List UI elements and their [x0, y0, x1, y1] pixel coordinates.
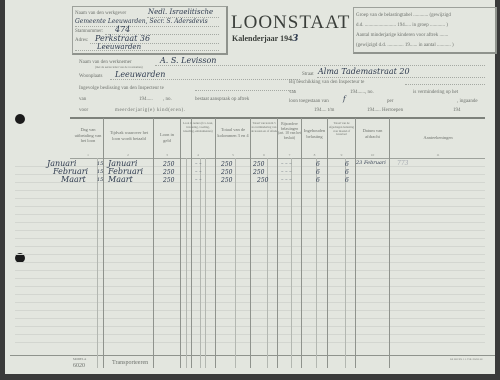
calendar-year-label: Kalenderjaar 194	[232, 34, 292, 43]
inspecteur-right-2-a: van	[289, 90, 296, 95]
transporteeren-label: Transporteeren	[112, 360, 148, 366]
inspecteur-right-3-a: loon toegestaan van	[289, 99, 329, 104]
punch-hole-top	[15, 114, 25, 124]
col-header-8: Ingehouden belasting	[302, 128, 327, 139]
employee-name-value: A. S. Levisson	[160, 57, 216, 65]
calendar-year-hand: 3	[292, 34, 298, 44]
straat-value: Alma Tademastraat 20	[318, 68, 410, 76]
inspecteur-left-1: Ingevolge beslissing van den Inspecteur …	[79, 86, 164, 91]
col-header-3: Loon in geld	[157, 132, 177, 143]
inspecteur-left-2-d: bestaat aanspraak op aftrek	[195, 97, 249, 102]
document-title: LOONSTAAT	[231, 12, 350, 34]
employee-name-note: (met de eerste letter van de voornamen)	[95, 66, 143, 69]
col-header-4: Loon in natura (b.v. kost, inwoning, voe…	[182, 122, 214, 133]
col-header-6: Totaal van kolom 5 na vermindering van d…	[251, 122, 277, 133]
inspecteur-right-1: Bij beschikking van den Inspecteur te	[289, 80, 364, 85]
inspecteur-right-3-b: f	[343, 96, 346, 103]
col-header-10: Datum van afdracht	[357, 128, 388, 139]
inspecteur-right-4-a: 194.... t/m	[314, 108, 334, 113]
inspecteur-left-2-b: 194.....	[139, 97, 153, 102]
inspecteur-right-2-c: is vermindering op het	[413, 90, 458, 95]
employer-name-label: Naam van den werkgever	[75, 11, 126, 16]
printer-imprint: DE ERVEN J. J. TIJL ZWOLLE	[450, 359, 483, 362]
inspecteur-right-4-b: 194..... Herroepen	[367, 108, 403, 113]
loonstaat-form: Naam van den werkgever Nedl. Israelitisc…	[5, 0, 495, 374]
inspecteur-right-3-c: per	[387, 99, 393, 104]
col-header-5: Totaal van de kolommen 3 en 4	[217, 127, 249, 138]
group-line-3: Aantal minderjarige kinderen voor aftrek…	[356, 33, 448, 38]
group-line-1: Groep van de belastingtabel ............…	[356, 13, 451, 18]
form-code: 6020	[73, 363, 85, 369]
woonplaats-value: Leeuwarden	[115, 71, 165, 79]
inspecteur-right-3-d: , ingaande	[457, 99, 478, 104]
adres-label: Adres:	[75, 38, 88, 43]
inspecteur-left-3-a: voor	[79, 108, 88, 113]
col-header-11: Aanteekeningen	[391, 135, 485, 141]
inspecteur-left-2-c: , no.	[163, 97, 172, 102]
group-line-2: d.d. ......................... 194..... …	[356, 23, 448, 28]
col-header-1: Dag van uitbetaling van het loon	[73, 127, 103, 144]
inspecteur-left-2-a: van	[79, 97, 86, 102]
col-header-2: Tijdvak waarover het loon wordt betaald	[107, 130, 151, 141]
straat-label: Straat	[302, 72, 314, 77]
calendar-year: Kalenderjaar 1943	[232, 34, 298, 44]
adres-value: Perkstraat 36	[95, 35, 150, 43]
group-line-4: (gewijzigd d.d. ............. 19...... i…	[356, 43, 454, 48]
table-footer-rule	[10, 355, 495, 356]
col-header-7: Bijzondere belastingen (art. 10 van het …	[278, 122, 301, 141]
employer-name-value-2: Gemeente Leeuwarden, Secr. S. Adersdevis	[75, 19, 208, 25]
form-model-label: MODEL A	[73, 358, 86, 361]
inspecteur-right-2-b: 194......, no.	[350, 90, 374, 95]
col-header-9: Totaal van de afgedragen belasting over …	[328, 122, 355, 137]
employer-name-value: Nedl. Israelitische	[148, 9, 213, 16]
woonplaats-label: Woonplaats	[79, 74, 102, 79]
inspecteur-right-4-c: 194	[453, 108, 461, 113]
stamnummer-value: 474	[115, 26, 130, 34]
inspecteur-left-3-b: meerderjarig(e) kind(eren).	[115, 108, 186, 113]
